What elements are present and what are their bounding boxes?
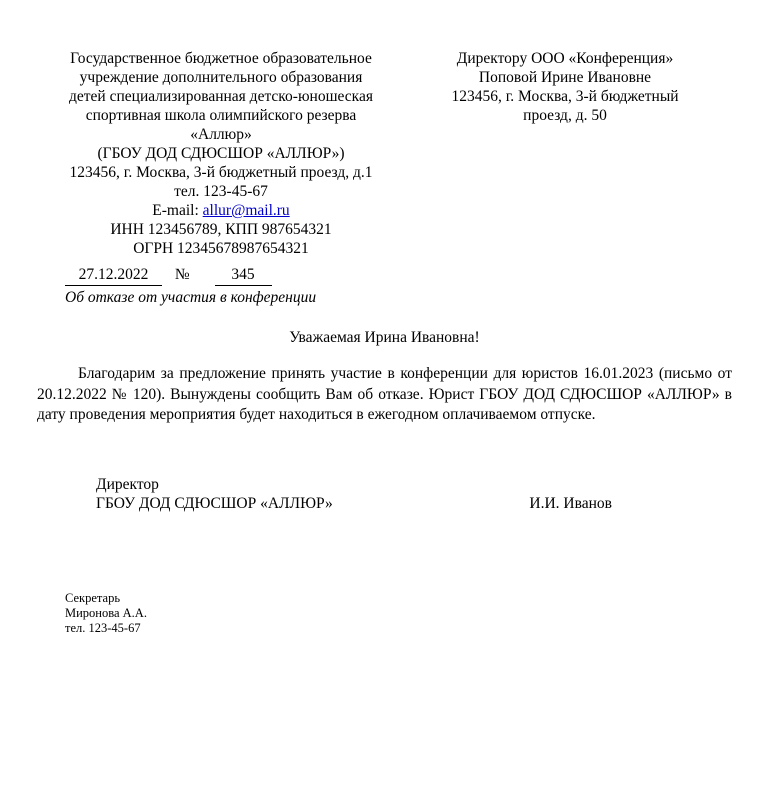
signature-name: И.И. Иванов: [529, 494, 612, 513]
sender-inn-kpp: ИНН 123456789, КПП 987654321: [37, 220, 405, 239]
sender-line: 123456, г. Москва, 3-й бюджетный проезд,…: [37, 163, 405, 182]
executor-name: Миронова А.А.: [65, 606, 732, 621]
addressee-line: проезд, д. 50: [440, 106, 690, 125]
signature-row: ГБОУ ДОД СДЮСШОР «АЛЛЮР» И.И. Иванов: [37, 494, 732, 513]
sender-ogrn: ОГРН 12345678987654321: [37, 239, 405, 258]
addressee-block: Директору ООО «Конференция» Поповой Ирин…: [440, 49, 690, 125]
addressee-line: Поповой Ирине Ивановне: [440, 68, 690, 87]
executor-role: Секретарь: [65, 591, 732, 606]
number-sign: №: [175, 266, 190, 283]
addressee-line: Директору ООО «Конференция»: [440, 49, 690, 68]
letter-page: Государственное бюджетное образовательно…: [0, 0, 770, 788]
signature-position: Директор: [96, 475, 732, 494]
reference-number: 345: [215, 266, 272, 286]
sender-line: спортивная школа олимпийского резерва: [37, 106, 405, 125]
signature-org: ГБОУ ДОД СДЮСШОР «АЛЛЮР»: [96, 494, 333, 513]
addressee-line: 123456, г. Москва, 3-й бюджетный: [440, 87, 690, 106]
email-link[interactable]: allur@mail.ru: [203, 202, 290, 219]
sender-line: «Аллюр»: [37, 125, 405, 144]
sender-line: Государственное бюджетное образовательно…: [37, 49, 405, 68]
reference-date: 27.12.2022: [65, 266, 162, 286]
sender-line: детей специализированная детско-юношеска…: [37, 87, 405, 106]
salutation: Уважаемая Ирина Ивановна!: [37, 328, 732, 347]
reference-line: 27.12.2022 № 345: [65, 266, 732, 286]
executor-phone: тел. 123-45-67: [65, 621, 732, 636]
sender-line: тел. 123-45-67: [37, 182, 405, 201]
sender-line: (ГБОУ ДОД СДЮСШОР «АЛЛЮР»): [37, 144, 405, 163]
sender-block: Государственное бюджетное образовательно…: [37, 49, 405, 258]
email-label: E-mail:: [152, 202, 202, 219]
letterhead: Государственное бюджетное образовательно…: [37, 49, 732, 258]
sender-email-line: E-mail: allur@mail.ru: [37, 201, 405, 220]
signature-block: Директор ГБОУ ДОД СДЮСШОР «АЛЛЮР» И.И. И…: [37, 475, 732, 513]
executor-block: Секретарь Миронова А.А. тел. 123-45-67: [65, 591, 732, 636]
subject-line: Об отказе от участия в конференции: [65, 288, 732, 307]
body-paragraph: Благодарим за предложение принять участи…: [37, 364, 732, 426]
sender-line: учреждение дополнительного образования: [37, 68, 405, 87]
